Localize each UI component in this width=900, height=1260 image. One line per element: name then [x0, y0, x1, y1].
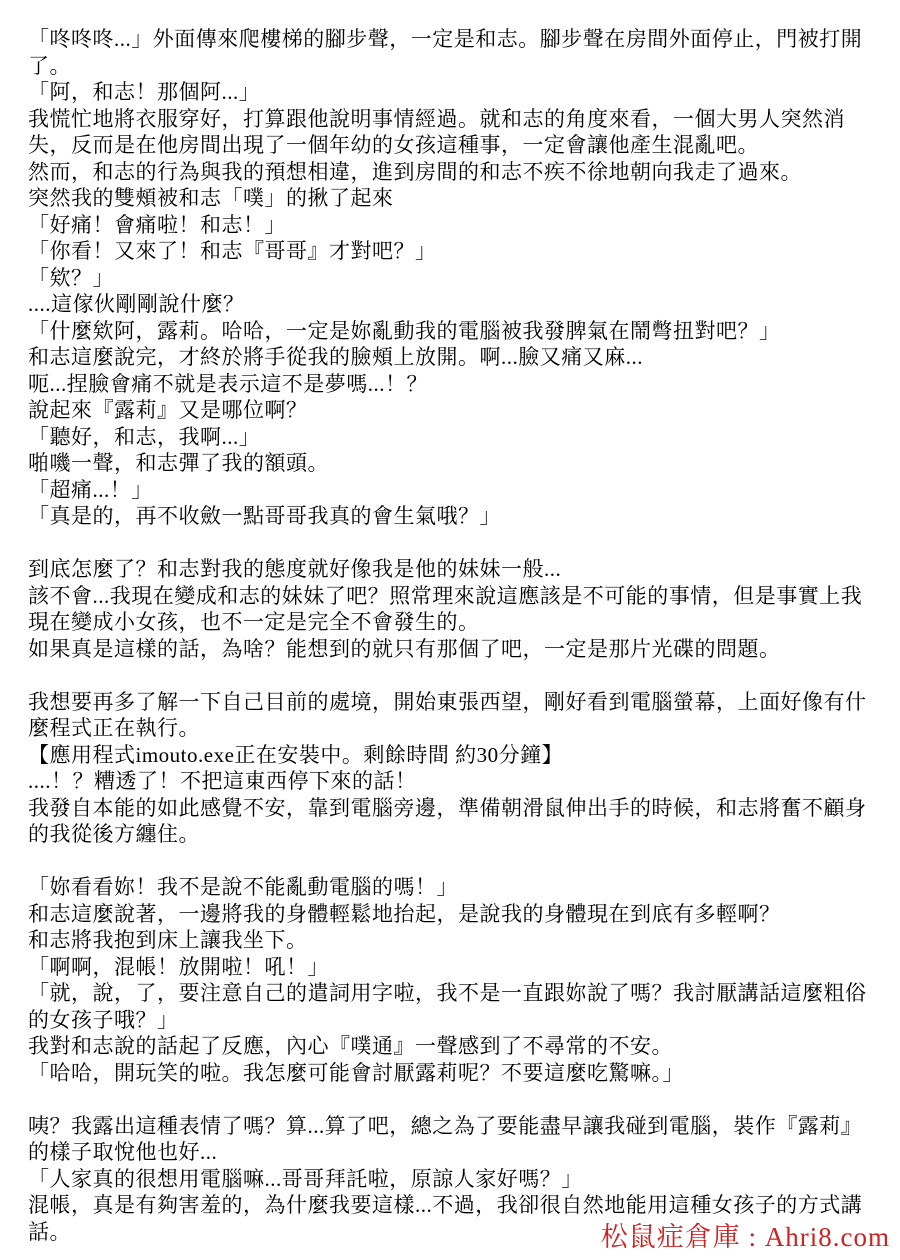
- text-line: 麼程式正在執行。: [28, 715, 882, 742]
- text-line: 「妳看看妳！我不是說不能亂動電腦的嗎！」: [28, 874, 882, 901]
- text-line: 【應用程式imouto.exe正在安裝中。剩餘時間 約30分鐘】: [28, 742, 882, 769]
- text-line: 突然我的雙頰被和志「噗」的揪了起來: [28, 185, 882, 212]
- text-line: 如果真是這樣的話，為啥？能想到的就只有那個了吧，一定是那片光碟的問題。: [28, 636, 882, 663]
- text-line: 「好痛！會痛啦！和志！」: [28, 212, 882, 239]
- text-line: 失，反而是在他房間出現了一個年幼的女孩這種事，一定會讓他產生混亂吧。: [28, 132, 882, 159]
- blank-line: [28, 530, 882, 557]
- blank-line: [28, 662, 882, 689]
- text-line: 「啊啊，混帳！放開啦！吼！」: [28, 954, 882, 981]
- text-line: 該不會...我現在變成和志的妹妹了吧？照常理來說這應該是不可能的事情，但是事實上…: [28, 583, 882, 610]
- text-line: 說起來『露莉』又是哪位啊？: [28, 397, 882, 424]
- text-line: 現在變成小女孩，也不一定是完全不會發生的。: [28, 609, 882, 636]
- text-line: 了。: [28, 53, 882, 80]
- text-line: 啪嘰一聲，和志彈了我的額頭。: [28, 450, 882, 477]
- text-line: 呃...捏臉會痛不就是表示這不是夢嗎...！？: [28, 371, 882, 398]
- text-line: ....！？糟透了！不把這東西停下來的話！: [28, 768, 882, 795]
- text-line: 「什麼欸阿，露莉。哈哈，一定是妳亂動我的電腦被我發脾氣在鬧彆扭對吧？」: [28, 318, 882, 345]
- text-line: 「你看！又來了！和志『哥哥』才對吧？」: [28, 238, 882, 265]
- text-line: 「人家真的很想用電腦嘛...哥哥拜託啦，原諒人家好嗎？」: [28, 1166, 882, 1193]
- text-line: 然而，和志的行為與我的預想相違，進到房間的和志不疾不徐地朝向我走了過來。: [28, 159, 882, 186]
- novel-text-page: 「咚咚咚...」外面傳來爬樓梯的腳步聲，一定是和志。腳步聲在房間外面停止，門被打…: [0, 0, 900, 1245]
- text-line: 咦？我露出這種表情了嗎？算...算了吧，總之為了要能盡早讓我碰到電腦，裝作『露莉…: [28, 1113, 882, 1140]
- text-lines-container: 「咚咚咚...」外面傳來爬樓梯的腳步聲，一定是和志。腳步聲在房間外面停止，門被打…: [28, 26, 882, 1245]
- text-line: ....這傢伙剛剛說什麼？: [28, 291, 882, 318]
- text-line: 「就，說，了，要注意自己的遣詞用字啦，我不是一直跟妳說了嗎？我討厭講話這麼粗俗: [28, 980, 882, 1007]
- text-line: 和志這麼說完，才終於將手從我的臉頰上放開。啊...臉又痛又麻...: [28, 344, 882, 371]
- blank-line: [28, 848, 882, 875]
- text-line: 的我從後方纏住。: [28, 821, 882, 848]
- text-line: 「哈哈，開玩笑的啦。我怎麼可能會討厭露莉呢？不要這麼吃驚嘛。」: [28, 1060, 882, 1087]
- text-line: 到底怎麼了？和志對我的態度就好像我是他的妹妹一般...: [28, 556, 882, 583]
- text-line: 「真是的，再不收斂一點哥哥我真的會生氣哦？」: [28, 503, 882, 530]
- text-line: 我對和志說的話起了反應，內心『噗通』一聲感到了不尋常的不安。: [28, 1033, 882, 1060]
- text-line: 我發自本能的如此感覺不安，靠到電腦旁邊，準備朝滑鼠伸出手的時候，和志將奮不顧身: [28, 795, 882, 822]
- text-line: 的女孩子哦？」: [28, 1007, 882, 1034]
- text-line: 我想要再多了解一下自己目前的處境，開始東張西望，剛好看到電腦螢幕，上面好像有什: [28, 689, 882, 716]
- text-line: 的樣子取悅他也好...: [28, 1139, 882, 1166]
- text-line: 我慌忙地將衣服穿好，打算跟他說明事情經過。就和志的角度來看，一個大男人突然消: [28, 106, 882, 133]
- text-line: 和志這麼說著，一邊將我的身體輕鬆地抬起，是說我的身體現在到底有多輕啊？: [28, 901, 882, 928]
- text-line: 「聽好，和志，我啊...」: [28, 424, 882, 451]
- site-watermark: 松鼠症倉庫 : Ahri8.com: [601, 1215, 890, 1254]
- blank-line: [28, 1086, 882, 1113]
- text-line: 「超痛...！」: [28, 477, 882, 504]
- text-line: 「阿，和志！那個阿...」: [28, 79, 882, 106]
- text-line: 和志將我抱到床上讓我坐下。: [28, 927, 882, 954]
- text-line: 「欸？」: [28, 265, 882, 292]
- text-line: 「咚咚咚...」外面傳來爬樓梯的腳步聲，一定是和志。腳步聲在房間外面停止，門被打…: [28, 26, 882, 53]
